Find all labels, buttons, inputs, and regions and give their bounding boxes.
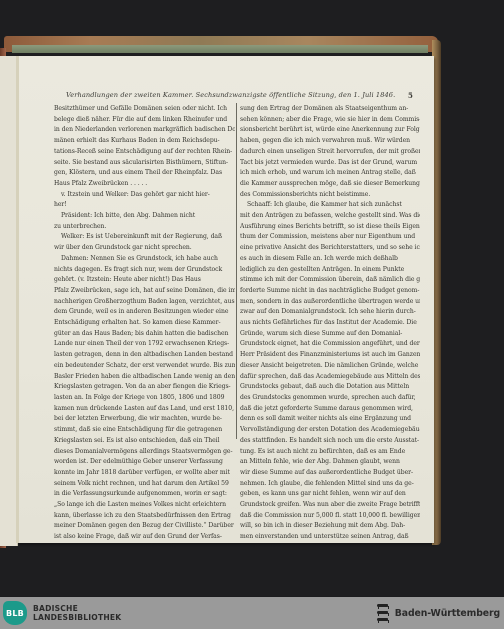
text-line: in die Verfassungsurkunde aufgenommen, w… xyxy=(54,489,235,500)
text-line: eine privative Ansicht des Berichterstat… xyxy=(240,243,420,254)
text-line: in den Niederlanden verlorenen markgräfl… xyxy=(54,125,235,136)
text-line: denn es soll damit weiter nichts als ein… xyxy=(240,414,420,425)
text-line: daß die jetzt geforderte Summe daraus ge… xyxy=(240,404,420,415)
text-line: nachherigen Großherzogthum Baden lagen, … xyxy=(54,297,235,308)
text-column-left: Besitzthümer und Gefälle Domänen seien o… xyxy=(54,104,235,543)
running-head: Verhandlungen der zweiten Kammer. Sechsu… xyxy=(66,91,416,99)
blb-logo[interactable]: BLB BADISCHE LANDESBIBLIOTHEK xyxy=(3,601,121,625)
text-line: Grundstocks gebaut, daß auch die Dotatio… xyxy=(240,382,420,393)
text-line: dem Grunde, weil es in anderen Besitzung… xyxy=(54,307,235,318)
text-line: nichts dagegen. Es fragt sich nur, wem d… xyxy=(54,265,235,276)
text-line: worden ist. Der edelmüthige Geber unsere… xyxy=(54,457,235,468)
text-line: Tact bis jetzt vermieden wurde. Das ist … xyxy=(240,158,420,169)
text-line: bei der letzten Erwerbung, die wir macht… xyxy=(54,414,235,425)
text-line: Welker: Es ist Uebereinkunft mit der Reg… xyxy=(54,232,235,243)
text-line: Pfalz Zweibrücken, sage ich, hat auf sei… xyxy=(54,286,235,297)
text-line: belege dieß näher. Für die auf dem linke… xyxy=(54,115,235,126)
text-line: Schaaff: Ich glaube, die Kammer hat sich… xyxy=(240,200,420,211)
text-line: Kriegslasten sei. Es ist also entschiede… xyxy=(54,436,235,447)
text-line: seinem Volk nicht rechnen, und hat darum… xyxy=(54,479,235,490)
text-line: men einverstanden und unterstütze seinen… xyxy=(240,532,420,543)
blb-badge-icon: BLB xyxy=(3,601,27,625)
blb-name-line1: BADISCHE xyxy=(33,604,121,613)
column-divider xyxy=(236,103,237,439)
text-line: ein bedeutender Schatz, der erst verwend… xyxy=(54,361,235,372)
text-line: dieses Domanialvermögens allerdings Staa… xyxy=(54,447,235,458)
text-line: Basler Frieden haben die altbadischen La… xyxy=(54,372,235,383)
text-line: forderte Summe nicht in das nachträglich… xyxy=(240,286,420,297)
text-line: wir diese Summe auf das außerordentliche… xyxy=(240,468,420,479)
text-line: kamen nun drückende Lasten auf das Land,… xyxy=(54,404,235,415)
text-line: des Grundstocks genommen wurde, sprechen… xyxy=(240,393,420,404)
baden-wuerttemberg-logo[interactable]: Baden-Württemberg xyxy=(376,603,500,623)
text-line: Dahmen: Nennen Sie es Grundstock, ich ha… xyxy=(54,254,235,265)
text-line: kann, überlasse ich zu den Staatsbedürfn… xyxy=(54,511,235,522)
text-line: stimme ich mit der Commission überein, d… xyxy=(240,275,420,286)
text-line: seite. Sie bestand aus säcularisirten Bi… xyxy=(54,158,235,169)
text-line: stimmt, daß sie eine Entschädigung für d… xyxy=(54,425,235,436)
text-line: aus nichts Gefährliches für das Institut… xyxy=(240,318,420,329)
text-line: an Mitteln fehle, wie der Abg. Dahmen gl… xyxy=(240,457,420,468)
text-line: Kriegslasten getragen. Von da an aber fi… xyxy=(54,382,235,393)
page-number: 5 xyxy=(408,91,413,100)
text-line: Vervollständigung der ersten Dotation de… xyxy=(240,425,420,436)
text-line: tung. Es ist auch nicht zu befürchten, d… xyxy=(240,447,420,458)
text-line: gehört. (v. Itzstein: Heute aber nicht!)… xyxy=(54,275,235,286)
text-line: sehen können; aber die Frage, wie sie hi… xyxy=(240,115,420,126)
text-line: geben, es kann uns gar nicht fehlen, wen… xyxy=(240,489,420,500)
text-line: des Commissionsberichts nicht beistimme. xyxy=(240,190,420,201)
text-line: Lande nur einen Theil der von 1792 erwac… xyxy=(54,339,235,350)
text-line: Besitzthümer und Gefälle Domänen seien o… xyxy=(54,104,235,115)
text-line: dieser Ansicht beigetreten. Die nämliche… xyxy=(240,361,420,372)
text-line: Entschädigung erhalten hat. So kamen die… xyxy=(54,318,235,329)
text-line: Präsident: Ich bitte, den Abg. Dahmen ni… xyxy=(54,211,235,222)
three-lions-icon xyxy=(376,603,390,623)
text-line: zu unterbrechen. xyxy=(54,222,235,233)
text-line: Ausführung eines Berichts betrifft, so i… xyxy=(240,222,420,233)
text-line: die Kammer aussprechen möge, daß sie die… xyxy=(240,179,420,190)
text-line: des stattfinden. Es handelt sich noch um… xyxy=(240,436,420,447)
scan-viewer: Verhandlungen der zweiten Kammer. Sechsu… xyxy=(0,0,504,596)
text-line: es auch in diesem Falle an. Ich werde mi… xyxy=(240,254,420,265)
text-line: güter an das Haus Baden; bis dahin hatte… xyxy=(54,329,235,340)
text-line: her! xyxy=(54,200,235,211)
text-line: gen, Klöstern, und aus einem Theil der R… xyxy=(54,168,235,179)
text-line: Grundstock eignet, hat die Commission an… xyxy=(240,339,420,350)
text-line: dafür sprechen, daß das Academiegebäude … xyxy=(240,372,420,383)
blb-name: BADISCHE LANDESBIBLIOTHEK xyxy=(33,604,121,622)
text-line: haben, gegen die ich mich verwahren muß.… xyxy=(240,136,420,147)
book-page-edges xyxy=(12,45,428,53)
footer-bar: BLB BADISCHE LANDESBIBLIOTHEK Baden-Würt… xyxy=(0,597,504,629)
text-line: Gründe, warum sich diese Summe auf den D… xyxy=(240,329,420,340)
baden-wuerttemberg-label: Baden-Württemberg xyxy=(395,608,500,619)
text-line: Herr Präsident des Finanzministeriums is… xyxy=(240,350,420,361)
text-line: lasten getragen, denn in den altbadische… xyxy=(54,350,235,361)
text-line: men, sondern in das außerordentliche übe… xyxy=(240,297,420,308)
gutter xyxy=(16,56,19,543)
text-line: nehmen. Ich glaube, die fehlenden Mittel… xyxy=(240,479,420,490)
text-line: will, so bin ich in dieser Beziehung mit… xyxy=(240,521,420,532)
text-column-right: sung den Ertrag der Domänen als Staatsei… xyxy=(240,104,420,543)
text-line: wir über den Grundstock gar nicht sprech… xyxy=(54,243,235,254)
text-line: ich mich erhob, und warum ich meinen Ant… xyxy=(240,168,420,179)
text-line: meiner Domänen gegen den Bezug der Civil… xyxy=(54,521,235,532)
text-line: tations-Receß seine Entschädigung auf de… xyxy=(54,147,235,158)
text-line: konnte im Jahr 1818 darüber verfügen, er… xyxy=(54,468,235,479)
text-line: ist also keine Frage, daß wir auf den Gr… xyxy=(54,532,235,543)
text-line: Haus Pfalz Zweibrücken . . . . . xyxy=(54,179,235,190)
text-line: mit den Anträgen zu befassen, welche ges… xyxy=(240,211,420,222)
blb-name-line2: LANDESBIBLIOTHEK xyxy=(33,613,121,622)
text-line: lediglich zu den gestellten Anträgen. In… xyxy=(240,265,420,276)
text-line: lasten an. In Folge der Kriege von 1805,… xyxy=(54,393,235,404)
text-line: „So lange ich die Lasten meines Volkes n… xyxy=(54,500,235,511)
text-line: v. Itzstein und Welker: Das gehört gar n… xyxy=(54,190,235,201)
text-line: sung den Ertrag der Domänen als Staatsei… xyxy=(240,104,420,115)
text-line: Grundstock greifen. Was nun aber die zwe… xyxy=(240,500,420,511)
text-line: mänen erhielt das Kurhaus Baden in dem R… xyxy=(54,136,235,147)
text-line: zwar auf den Domanialgrundstock. Ich seh… xyxy=(240,307,420,318)
text-line: sionsbericht berührt ist, würde eine Ane… xyxy=(240,125,420,136)
text-line: daß die Commission nur 5,000 fl. statt 1… xyxy=(240,511,420,522)
text-line: dadurch einen unseligen Streit hervorruf… xyxy=(240,147,420,158)
text-line: thum der Commission, meistens aber nur E… xyxy=(240,232,420,243)
